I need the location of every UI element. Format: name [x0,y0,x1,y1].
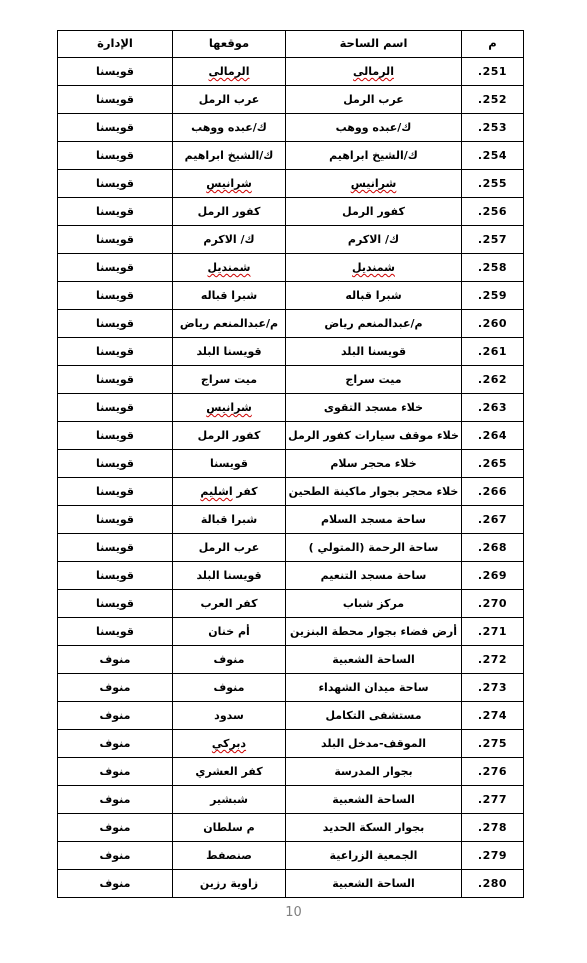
administration-cell: قويسنا [58,450,173,478]
row-number-value: .272 [478,654,507,665]
row-number-value: .266 [478,486,507,497]
cell-text: عرب الرمل [343,93,404,106]
administration-cell: قويسنا [58,534,173,562]
location-cell: الرمالى [173,58,286,86]
square-name-cell: ساحة الرحمة (المتولي ) [286,534,462,562]
administration-cell: منوف [58,730,173,758]
row-number-value: .279 [478,850,507,861]
row-number-value: .256 [478,206,507,217]
page-number: 10 [0,905,587,920]
cell-text: عرب الرمل [199,93,260,106]
cell-text: سدود [214,709,244,722]
table-row: .274 مستشفى التكامل سدود منوف [58,702,524,730]
row-number-value: .255 [478,178,507,189]
cell-text: قويسنا البلد [196,345,261,358]
table-row: .261 قويسنا البلد قويسنا البلد قويسنا [58,338,524,366]
cell-text: أم خنان [208,625,250,638]
administration-cell: قويسنا [58,562,173,590]
location-cell: كفور الرمل [173,198,286,226]
location-cell: شرانيس [173,394,286,422]
cell-text: شبرا قباله [345,289,401,302]
square-name-cell: أرض فضاء بجوار محطة البنزين [286,618,462,646]
square-name-cell: ميت سراج [286,366,462,394]
administration-cell: منوف [58,814,173,842]
cell-text: ك/ الاكرم [203,233,254,246]
row-number-cell: .278 [462,814,524,842]
row-number-cell: .257 [462,226,524,254]
cell-text: ك/عبده ووهب [336,121,412,134]
cell-text: قويسنا البلد [196,569,261,582]
misspelled-text: شرانيس [206,177,252,190]
cell-text: كفور الرمل [198,205,261,218]
cell-text: كفر العشري [195,765,262,778]
row-number-cell: .276 [462,758,524,786]
square-name-cell: بجوار السكة الحديد [286,814,462,842]
misspelled-text: شرانيس [351,177,397,190]
location-cell: قويسنا [173,450,286,478]
row-number-value: .267 [478,514,507,525]
square-name-cell: شبرا قباله [286,282,462,310]
table-row: .275 الموقف-مدخل البلد دبركي منوف [58,730,524,758]
cell-text: كفر العرب [201,597,258,610]
location-cell: منوف [173,674,286,702]
row-number-value: .257 [478,234,507,245]
square-name-cell: قويسنا البلد [286,338,462,366]
row-number-cell: .252 [462,86,524,114]
misspelled-text: دبركي [212,737,246,750]
location-cell: عرب الرمل [173,534,286,562]
cell-text: خلاء محجر بجوار ماكينة الطحين [289,485,459,498]
row-number-cell: .267 [462,506,524,534]
location-cell: م سلطان [173,814,286,842]
location-cell: منوف [173,646,286,674]
row-number-cell: .270 [462,590,524,618]
location-cell: شمنديل [173,254,286,282]
cell-text: منوف [214,681,245,694]
misspelled-text: اشليم [200,485,232,498]
row-number-cell: .277 [462,786,524,814]
row-number-cell: .272 [462,646,524,674]
row-number-cell: .253 [462,114,524,142]
location-cell: عرب الرمل [173,86,286,114]
row-number-value: .260 [478,318,507,329]
row-number-cell: .264 [462,422,524,450]
row-number-cell: .269 [462,562,524,590]
administration-cell: منوف [58,870,173,898]
square-name-cell: الجمعية الزراعية [286,842,462,870]
table-row: .251 الرمالى الرمالى قويسنا [58,58,524,86]
row-number-value: .277 [478,794,507,805]
row-number-cell: .275 [462,730,524,758]
location-cell: قويسنا البلد [173,562,286,590]
location-cell: أم خنان [173,618,286,646]
row-number-cell: .265 [462,450,524,478]
cell-text: زاوية رزين [200,877,258,890]
square-name-cell: خلاء محجر سلام [286,450,462,478]
row-number-value: .251 [478,66,507,77]
location-cell: سدود [173,702,286,730]
cell-text: منوف [214,653,245,666]
row-number-value: .269 [478,570,507,581]
row-number-cell: .254 [462,142,524,170]
location-cell: شبرا قباله [173,282,286,310]
row-number-cell: .280 [462,870,524,898]
document-page: م اسم الساحة موقعها الإدارة .251 الرمالى… [0,0,587,963]
table-row: .280 الساحة الشعبية زاوية رزين منوف [58,870,524,898]
cell-text: بجوار السكة الحديد [323,821,425,834]
location-cell: دبركي [173,730,286,758]
table-row: .257 ك/ الاكرم ك/ الاكرم قويسنا [58,226,524,254]
square-name-cell: شرانيس [286,170,462,198]
square-name-cell: الساحة الشعبية [286,870,462,898]
row-number-value: .261 [478,346,507,357]
row-number-cell: .268 [462,534,524,562]
row-number-value: .273 [478,682,507,693]
square-name-cell: بجوار المدرسة [286,758,462,786]
cell-text: مركز شباب [343,597,404,610]
location-cell: ميت سراج [173,366,286,394]
cell-text: شبرا قبالة [201,513,257,526]
row-number-value: .278 [478,822,507,833]
cell-text: ساحة مسجد التنعيم [321,569,427,582]
location-cell: م/عبدالمنعم رياض [173,310,286,338]
row-number-value: .262 [478,374,507,385]
table-row: .273 ساحة ميدان الشهداء منوف منوف [58,674,524,702]
administration-cell: قويسنا [58,254,173,282]
table-row: .277 الساحة الشعبية شبشير منوف [58,786,524,814]
administration-cell: قويسنا [58,478,173,506]
square-name-cell: شمنديل [286,254,462,282]
cell-text: خلاء محجر سلام [330,457,416,470]
row-number-value: .253 [478,122,507,133]
cell-text: ك/ الاكرم [348,233,399,246]
cell-text: قويسنا البلد [341,345,406,358]
cell-text: ساحة مسجد السلام [321,513,426,526]
cell-text: الساحة الشعبية [332,877,415,890]
misspelled-text: شمنديل [208,261,251,274]
table-row: .272 الساحة الشعبية منوف منوف [58,646,524,674]
row-number-cell: .256 [462,198,524,226]
square-name-cell: الساحة الشعبية [286,786,462,814]
location-cell: شبشير [173,786,286,814]
row-number-cell: .258 [462,254,524,282]
administration-cell: قويسنا [58,310,173,338]
table-row: .256 كفور الرمل كفور الرمل قويسنا [58,198,524,226]
square-name-cell: الساحة الشعبية [286,646,462,674]
column-header-num: م [462,31,524,58]
cell-text: خلاء مسجد التقوى [324,401,423,414]
administration-cell: قويسنا [58,618,173,646]
administration-cell: منوف [58,842,173,870]
row-number-cell: .260 [462,310,524,338]
square-name-cell: خلاء مسجد التقوى [286,394,462,422]
table-row: .258 شمنديل شمنديل قويسنا [58,254,524,282]
row-number-value: .263 [478,402,507,413]
row-number-value: .270 [478,598,507,609]
cell-text: أرض فضاء بجوار محطة البنزين [290,625,457,638]
column-header-location: موقعها [173,31,286,58]
table-row: .278 بجوار السكة الحديد م سلطان منوف [58,814,524,842]
table-row: .254 ك/الشيخ ابراهيم ك/الشيخ ابراهيم قوي… [58,142,524,170]
location-cell: ك/الشيخ ابراهيم [173,142,286,170]
administration-cell: قويسنا [58,366,173,394]
location-cell: كفر العرب [173,590,286,618]
square-name-cell: ساحة مسجد التنعيم [286,562,462,590]
cell-text: عرب الرمل [199,541,260,554]
table-row: .268 ساحة الرحمة (المتولي ) عرب الرمل قو… [58,534,524,562]
administration-cell: منوف [58,646,173,674]
administration-cell: منوف [58,786,173,814]
administration-cell: قويسنا [58,422,173,450]
administration-cell: منوف [58,758,173,786]
table-row: .252 عرب الرمل عرب الرمل قويسنا [58,86,524,114]
square-name-cell: ساحة ميدان الشهداء [286,674,462,702]
row-number-value: .259 [478,290,507,301]
row-number-value: .274 [478,710,507,721]
location-cell: شرانيس [173,170,286,198]
administration-cell: قويسنا [58,226,173,254]
administration-cell: قويسنا [58,506,173,534]
cell-text: خلاء موقف سيارات كفور الرمل [288,429,459,442]
square-name-cell: عرب الرمل [286,86,462,114]
cell-text: كفر [233,485,258,498]
administration-cell: قويسنا [58,142,173,170]
table-row: .267 ساحة مسجد السلام شبرا قبالة قويسنا [58,506,524,534]
cell-text: ساحة ميدان الشهداء [318,681,428,694]
square-name-cell: مستشفى التكامل [286,702,462,730]
row-number-cell: .259 [462,282,524,310]
row-number-cell: .263 [462,394,524,422]
cell-text: ك/الشيخ ابراهيم [329,149,418,162]
square-name-cell: ساحة مسجد السلام [286,506,462,534]
cell-text: كفور الرمل [342,205,405,218]
row-number-cell: .271 [462,618,524,646]
administration-cell: قويسنا [58,590,173,618]
table-row: .262 ميت سراج ميت سراج قويسنا [58,366,524,394]
square-name-cell: ك/عبده ووهب [286,114,462,142]
administration-cell: قويسنا [58,198,173,226]
table-row: .260 م/عبدالمنعم رياض م/عبدالمنعم رياض ق… [58,310,524,338]
row-number-cell: .261 [462,338,524,366]
table-row: .279 الجمعية الزراعية صنصفط منوف [58,842,524,870]
row-number-cell: .255 [462,170,524,198]
row-number-cell: .273 [462,674,524,702]
misspelled-text: الرمالى [353,65,394,78]
row-number-cell: .279 [462,842,524,870]
table-row: .266 خلاء محجر بجوار ماكينة الطحين كفر ا… [58,478,524,506]
location-cell: كفر اشليم [173,478,286,506]
square-name-cell: كفور الرمل [286,198,462,226]
cell-text: م/عبدالمنعم رياض [324,317,422,330]
administration-cell: منوف [58,674,173,702]
row-number-value: .264 [478,430,507,441]
row-number-value: .280 [478,878,507,889]
row-number-value: .265 [478,458,507,469]
cell-text: شبرا قباله [201,289,257,302]
administration-cell: قويسنا [58,282,173,310]
table-row: .259 شبرا قباله شبرا قباله قويسنا [58,282,524,310]
cell-text: قويسنا [210,457,248,470]
table-row: .255 شرانيس شرانيس قويسنا [58,170,524,198]
row-number-value: .268 [478,542,507,553]
cell-text: ك/عبده ووهب [191,121,267,134]
table-row: .269 ساحة مسجد التنعيم قويسنا البلد قويس… [58,562,524,590]
location-cell: صنصفط [173,842,286,870]
cell-text: الموقف-مدخل البلد [321,737,426,750]
location-cell: كفر العشري [173,758,286,786]
administration-cell: منوف [58,702,173,730]
square-name-cell: ك/ الاكرم [286,226,462,254]
administration-cell: قويسنا [58,170,173,198]
cell-text: م/عبدالمنعم رياض [180,317,278,330]
location-cell: زاوية رزين [173,870,286,898]
administration-cell: قويسنا [58,394,173,422]
row-number-value: .254 [478,150,507,161]
row-number-value: .276 [478,766,507,777]
location-cell: كفور الرمل [173,422,286,450]
location-cell: ك/عبده ووهب [173,114,286,142]
cell-text: بجوار المدرسة [334,765,412,778]
row-number-cell: .251 [462,58,524,86]
administration-cell: قويسنا [58,58,173,86]
cell-text: ميت سراج [345,373,401,386]
misspelled-text: شرانيس [206,401,252,414]
cell-text: كفور الرمل [198,429,261,442]
table-row: .270 مركز شباب كفر العرب قويسنا [58,590,524,618]
table-row: .276 بجوار المدرسة كفر العشري منوف [58,758,524,786]
row-number-value: .275 [478,738,507,749]
administration-cell: قويسنا [58,338,173,366]
row-number-cell: .262 [462,366,524,394]
row-number-cell: .274 [462,702,524,730]
table-header-row: م اسم الساحة موقعها الإدارة [58,31,524,58]
row-number-value: .271 [478,626,507,637]
column-header-administration: الإدارة [58,31,173,58]
location-cell: شبرا قبالة [173,506,286,534]
location-cell: ك/ الاكرم [173,226,286,254]
administration-cell: قويسنا [58,114,173,142]
locations-table: م اسم الساحة موقعها الإدارة .251 الرمالى… [57,30,524,898]
table-row: .264 خلاء موقف سيارات كفور الرمل كفور ال… [58,422,524,450]
table-row: .263 خلاء مسجد التقوى شرانيس قويسنا [58,394,524,422]
administration-cell: قويسنا [58,86,173,114]
table-row: .253 ك/عبده ووهب ك/عبده ووهب قويسنا [58,114,524,142]
row-number-cell: .266 [462,478,524,506]
cell-text: ميت سراج [201,373,257,386]
row-number-value: .252 [478,94,507,105]
table-row: .271 أرض فضاء بجوار محطة البنزين أم خنان… [58,618,524,646]
square-name-cell: م/عبدالمنعم رياض [286,310,462,338]
table-row: .265 خلاء محجر سلام قويسنا قويسنا [58,450,524,478]
cell-text: مستشفى التكامل [325,709,421,722]
location-cell: قويسنا البلد [173,338,286,366]
column-header-num-label: م [488,38,496,50]
misspelled-text: الرمالى [209,65,250,78]
cell-text: ساحة الرحمة (المتولي ) [309,541,439,554]
cell-text: الجمعية الزراعية [330,849,418,862]
square-name-cell: ك/الشيخ ابراهيم [286,142,462,170]
square-name-cell: مركز شباب [286,590,462,618]
square-name-cell: الرمالى [286,58,462,86]
cell-text: الساحة الشعبية [332,793,415,806]
cell-text: الساحة الشعبية [332,653,415,666]
cell-text: صنصفط [206,849,252,862]
cell-text: ك/الشيخ ابراهيم [185,149,274,162]
square-name-cell: خلاء محجر بجوار ماكينة الطحين [286,478,462,506]
column-header-square-name: اسم الساحة [286,31,462,58]
row-number-value: .258 [478,262,507,273]
cell-text: م سلطان [203,821,254,834]
cell-text: شبشير [210,793,248,806]
misspelled-text: شمنديل [352,261,395,274]
square-name-cell: الموقف-مدخل البلد [286,730,462,758]
square-name-cell: خلاء موقف سيارات كفور الرمل [286,422,462,450]
